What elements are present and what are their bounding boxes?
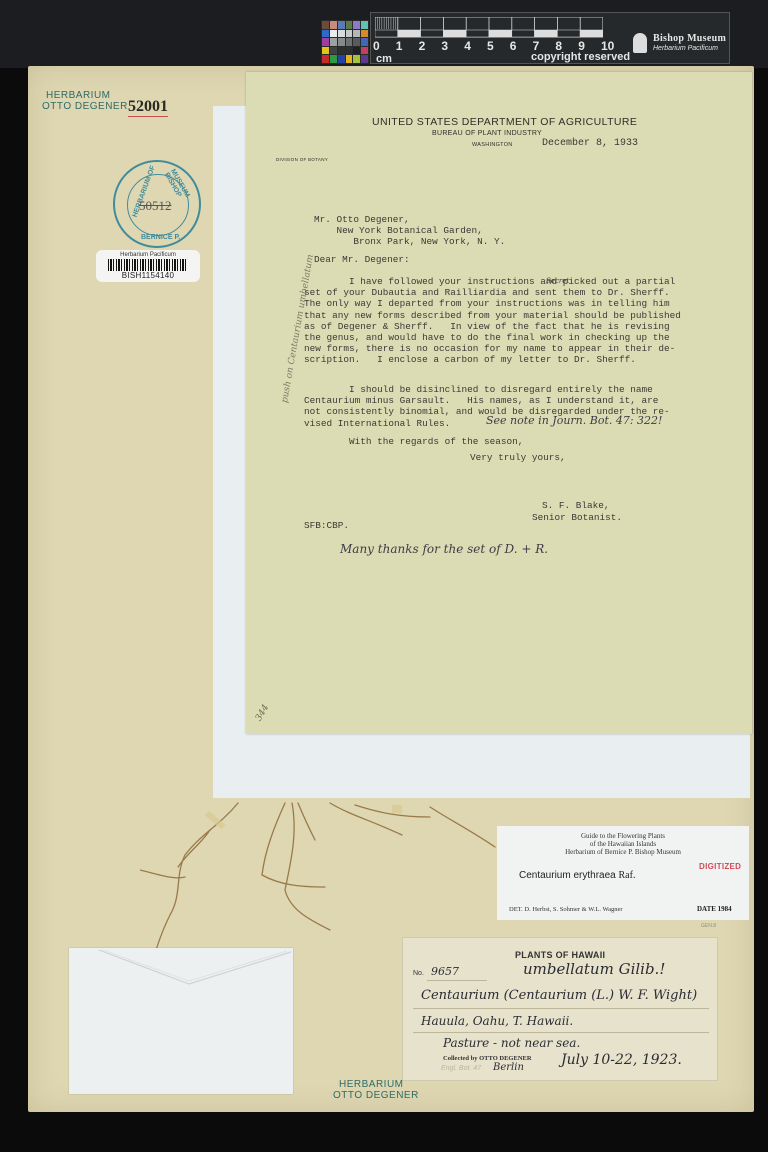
color-swatch: [322, 55, 329, 63]
color-swatch: [353, 30, 360, 38]
color-swatch: [338, 55, 345, 63]
determination-label: Guide to the Flowering Plants of the Haw…: [497, 826, 749, 920]
color-swatch: [353, 55, 360, 63]
collection-label: PLANTS OF HAWAII No. 9657 umbellatum Gil…: [402, 937, 718, 1081]
plant-specimen-roots: [140, 795, 500, 955]
collection-label-title: PLANTS OF HAWAII: [515, 950, 605, 960]
ruler-number: 0: [373, 39, 380, 53]
color-calibration-chart: [321, 20, 369, 64]
ruler-number: 2: [419, 39, 426, 53]
ruler-number: 4: [464, 39, 471, 53]
ruler-number: 6: [510, 39, 517, 53]
guide-line-1: Guide to the Flowering Plants: [497, 832, 749, 840]
scale-bar: 012345678910 cm copyright reserved Bisho…: [370, 12, 730, 64]
color-swatch: [322, 21, 329, 29]
bishop-museum-logo-icon: [633, 33, 647, 53]
color-swatch: [322, 30, 329, 38]
color-swatch: [346, 47, 353, 55]
color-swatch: [338, 38, 345, 46]
color-swatch: [338, 21, 345, 29]
accession-number: 50512: [139, 198, 172, 214]
letter-city: WASHINGTON: [472, 142, 513, 148]
barcode-institution: Herbarium Pacificum: [96, 252, 200, 258]
stamp-text-bottom: BERNICE P.: [141, 234, 180, 241]
color-swatch: [330, 21, 337, 29]
letter-address: Mr. Otto Degener, New York Botanical Gar…: [314, 214, 505, 248]
letter-date: December 8, 1933: [542, 138, 638, 149]
guide-line-3: Herbarium of Bernice P. Bishop Museum: [497, 848, 749, 856]
color-swatch: [330, 38, 337, 46]
letter-paragraph-1: I have followed your instructions and pi…: [304, 276, 681, 366]
specimen-envelope[interactable]: [69, 948, 293, 1094]
genus-code: GEN.8: [701, 923, 716, 929]
letter-division: DIVISION OF BOTANY: [276, 157, 328, 162]
color-swatch: [353, 47, 360, 55]
letter-valediction: Very truly yours,: [470, 452, 566, 463]
collector: Collected by OTTO DEGENER: [443, 1055, 532, 1062]
museum-name: Bishop Museum: [653, 33, 726, 44]
herbarium-stamp-bottom: HERBARIUM OTTO DEGENER: [333, 1079, 419, 1101]
number-prefix: No.: [413, 970, 424, 977]
collection-habitat: Pasture - not near sea.: [443, 1036, 580, 1050]
barcode-icon: [108, 259, 188, 271]
letter-closing: With the regards of the season,: [304, 436, 523, 447]
color-swatch: [361, 30, 368, 38]
letter-signer-title: Senior Botanist.: [532, 512, 622, 523]
letter-signer: S. F. Blake,: [542, 500, 610, 511]
color-swatch: [330, 47, 337, 55]
faint-note: Engl. Bot. 47: [441, 1065, 481, 1072]
stamp-bottom-line-1: HERBARIUM: [333, 1079, 419, 1090]
color-swatch: [353, 38, 360, 46]
determiners: DET. D. Herbst, S. Sohmer & W.L. Wagner: [509, 906, 623, 913]
handwritten-thanks: Many thanks for the set of D. + R.: [340, 542, 548, 556]
stamp-line-2: OTTO DEGENER: [42, 101, 128, 112]
barcode-label: Herbarium Pacificum BISH1154140: [96, 250, 200, 282]
museum-accession-stamp: HERBARIUM OF MUSEUM BISHOP BERNICE P. 50…: [113, 160, 201, 248]
letter-initials: SFB:CBP.: [304, 520, 349, 531]
collection-date: July 10-22, 1923.: [561, 1052, 682, 1068]
ruler-number: 1: [396, 39, 403, 53]
letter-bureau: BUREAU OF PLANT INDUSTRY: [432, 130, 542, 137]
handwritten-journal-note: See note in Journ. Bot. 47: 322!: [486, 414, 662, 427]
color-swatch: [361, 47, 368, 55]
color-swatch: [330, 30, 337, 38]
ruler-unit: cm: [376, 53, 392, 65]
color-swatch: [346, 38, 353, 46]
collection-number: 9657: [431, 965, 459, 978]
usda-letter: UNITED STATES DEPARTMENT OF AGRICULTURE …: [246, 72, 752, 734]
color-swatch: [338, 30, 345, 38]
stamp-line-1: HERBARIUM: [42, 90, 128, 101]
taxon-name: Centaurium erythraea Raf.: [519, 870, 635, 881]
color-swatch: [361, 21, 368, 29]
collection-taxon: Centaurium (Centaurium (L.) W. F. Wight): [421, 988, 697, 1003]
color-swatch: [361, 38, 368, 46]
collection-locality: Hauula, Oahu, T. Hawaii.: [421, 1014, 573, 1028]
ruler-number: 3: [441, 39, 448, 53]
taxon-genus-species: Centaurium erythraea: [519, 870, 616, 881]
color-swatch: [361, 55, 368, 63]
collection-epithet: umbellatum Gilib.!: [523, 960, 665, 978]
collection-berlin-note: Berlin: [493, 1062, 524, 1073]
copyright-text: copyright reserved: [531, 51, 630, 63]
ruler-number: 5: [487, 39, 494, 53]
letter-salutation: Dear Mr. Degener:: [314, 254, 410, 265]
color-swatch: [338, 47, 345, 55]
guide-line-2: of the Hawaiian Islands: [497, 840, 749, 848]
herbarium-stamp-top: HERBARIUM OTTO DEGENER: [42, 90, 128, 112]
digitized-stamp: DIGITIZED: [699, 862, 741, 871]
ruler-scale-graphic: [375, 17, 603, 39]
color-swatch: [346, 21, 353, 29]
color-swatch: [353, 21, 360, 29]
handwritten-insert: Secret: [546, 277, 569, 285]
color-swatch: [322, 47, 329, 55]
stamp-bottom-line-2: OTTO DEGENER: [333, 1090, 419, 1101]
color-swatch: [322, 38, 329, 46]
taxon-author: Raf.: [619, 870, 636, 881]
color-swatch: [330, 55, 337, 63]
museum-subtitle: Herbarium Pacificum: [653, 45, 718, 52]
sheet-number: 52001: [128, 98, 168, 117]
letter-org: UNITED STATES DEPARTMENT OF AGRICULTURE: [372, 116, 637, 128]
page-mark: 344: [254, 703, 271, 723]
color-swatch: [346, 55, 353, 63]
determination-date: DATE 1984: [697, 905, 732, 913]
color-swatch: [346, 30, 353, 38]
envelope-flap-icon: [69, 948, 293, 1094]
barcode-id: BISH1154140: [96, 271, 200, 280]
